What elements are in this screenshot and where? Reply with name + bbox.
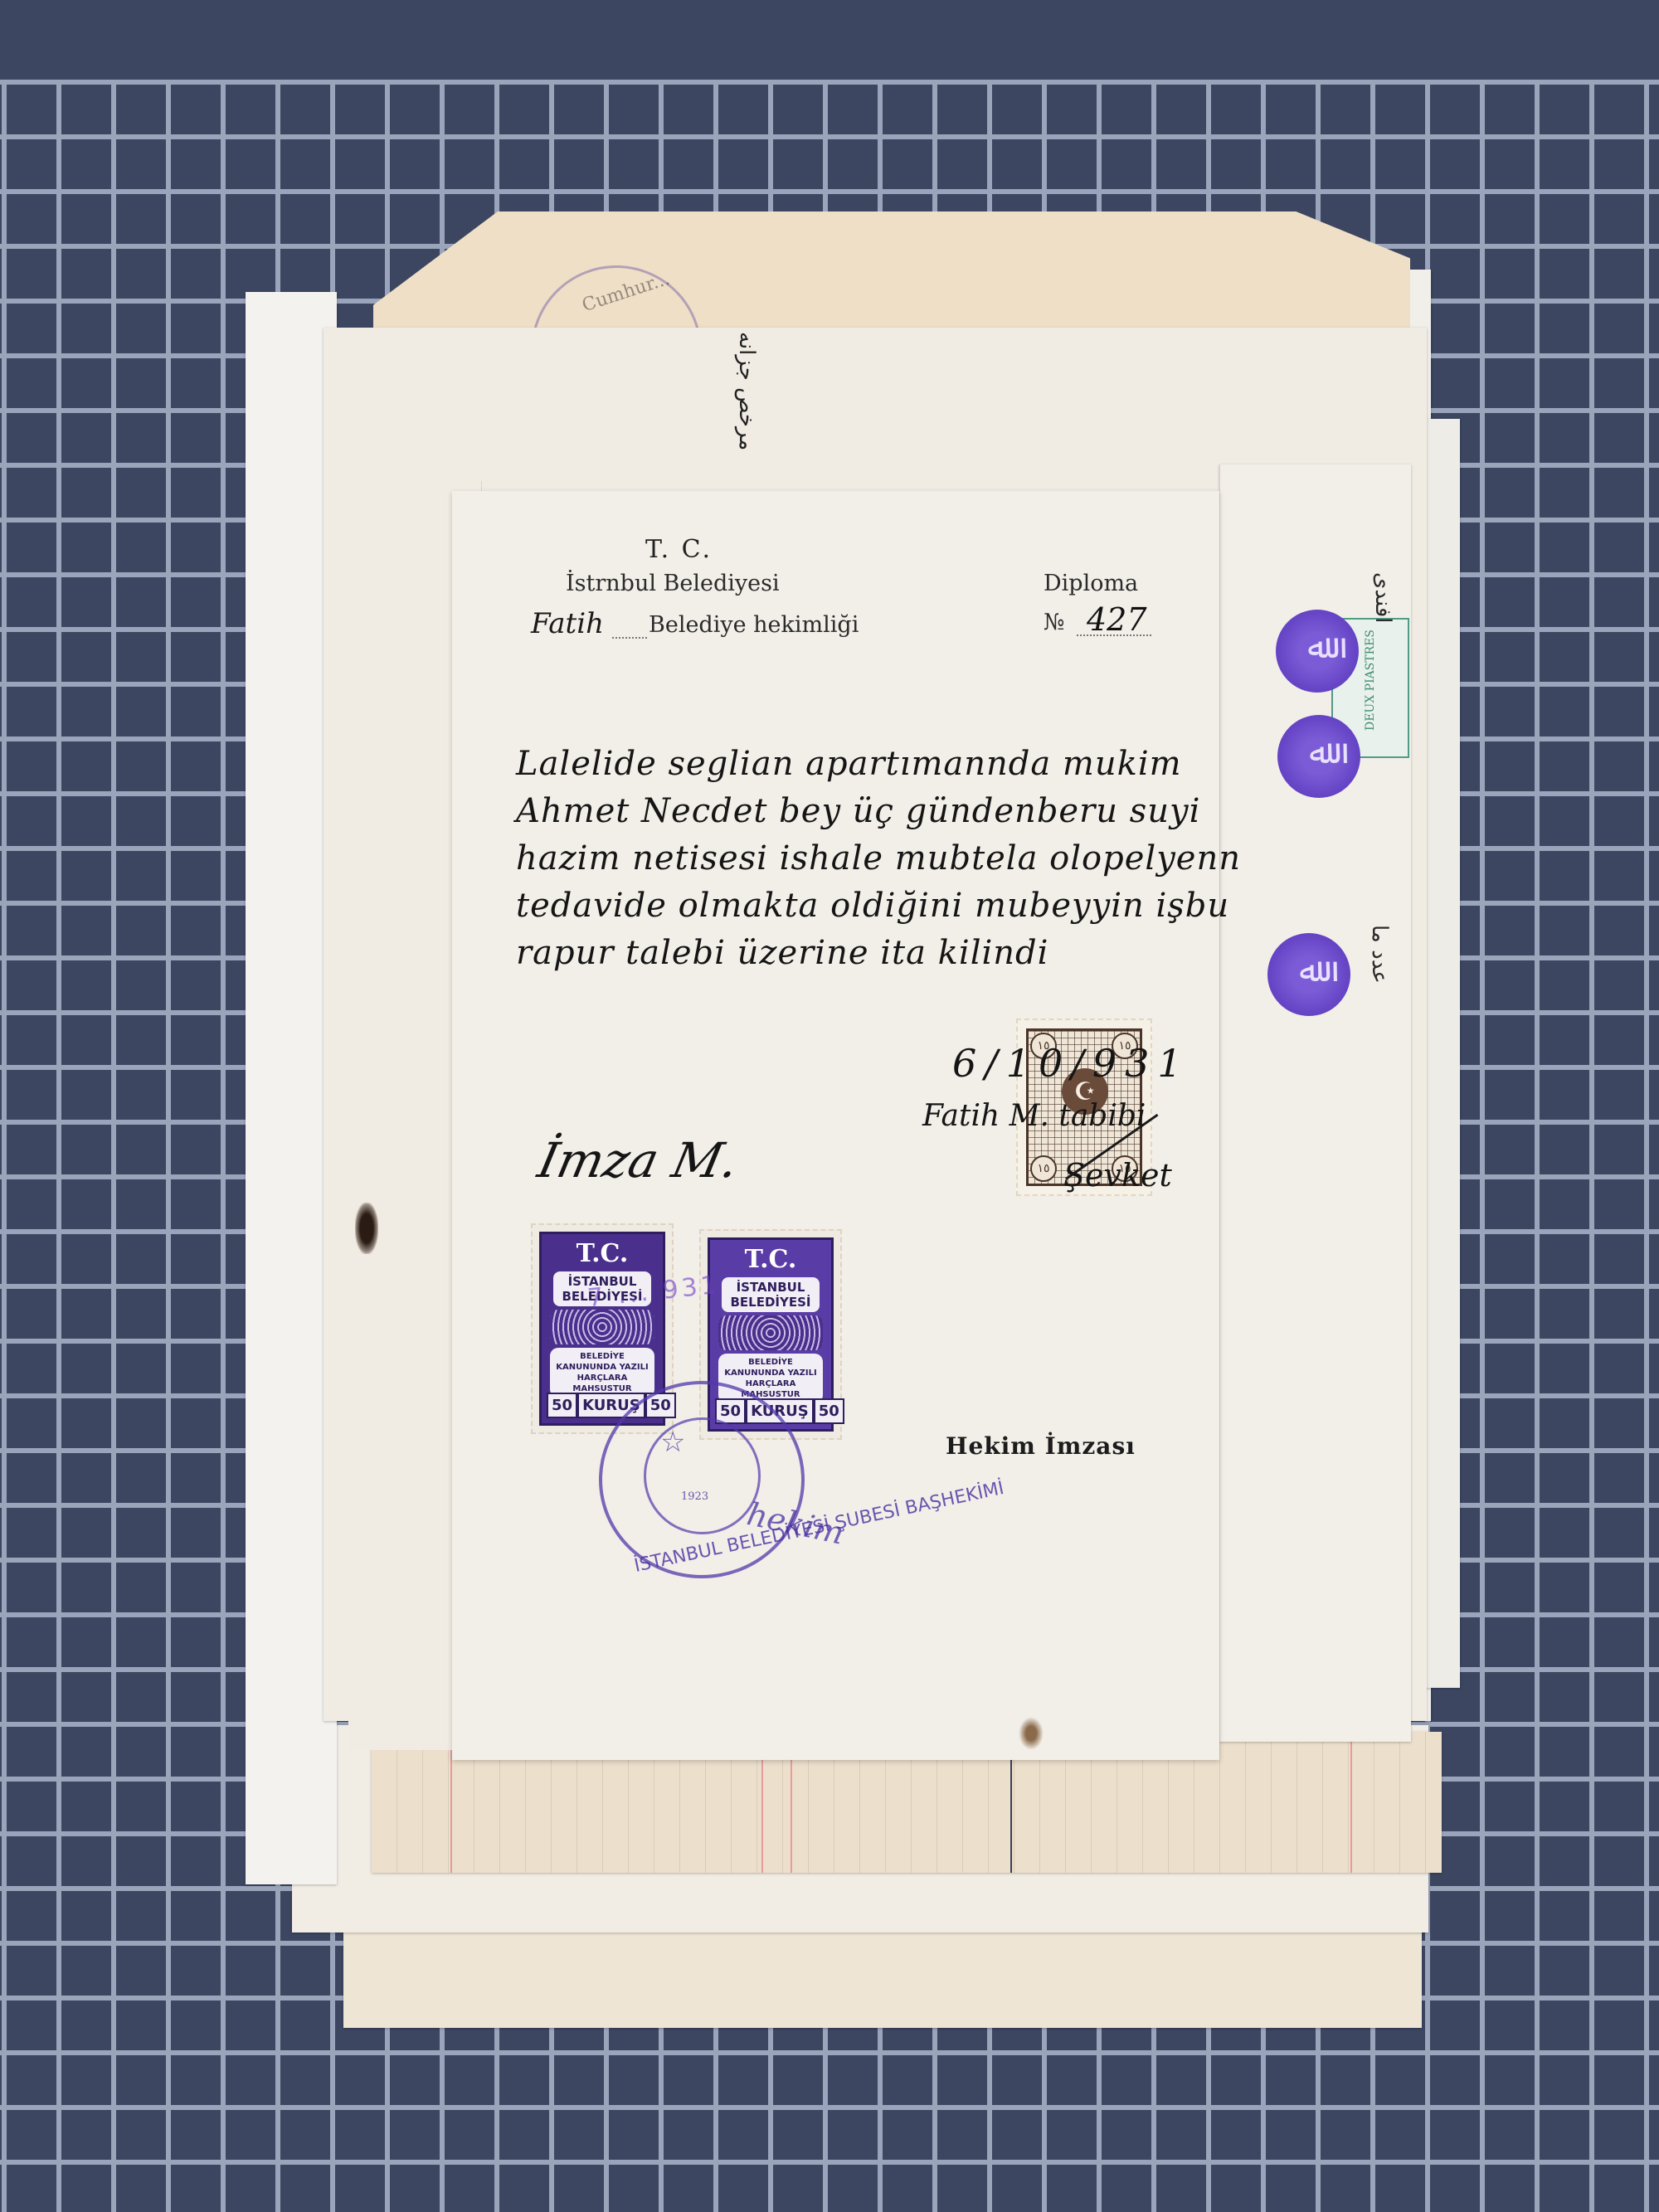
body-line: Ahmet Necdet bey üç gündenberu suyi bbox=[516, 792, 1229, 839]
stamp-ornament bbox=[718, 1315, 823, 1350]
ottoman-right-note: عدد ما bbox=[1367, 925, 1392, 984]
stamp-top: T.C. bbox=[710, 1245, 831, 1274]
ottoman-vertical-note: مرخص جزانه bbox=[734, 332, 759, 489]
stamp-value: 50 bbox=[814, 1398, 844, 1424]
stamp-top: T.C. bbox=[542, 1239, 663, 1268]
doctor-signature: Şevket bbox=[1063, 1157, 1172, 1194]
header-unit: Belediye hekimliği bbox=[649, 612, 859, 638]
header-municipality: İstrnbul Belediyesi bbox=[566, 571, 780, 596]
office-handwritten: Fatih M. tabibi bbox=[922, 1099, 1146, 1133]
date-handwritten: 6/10/931 bbox=[952, 1041, 1190, 1086]
header-republic: T. C. bbox=[645, 535, 713, 564]
fill-dots bbox=[612, 637, 647, 639]
body-line: tedavide olmakta oldiğini mubeyyin işbu bbox=[516, 887, 1229, 934]
stamp-value: 50 bbox=[547, 1393, 577, 1418]
purple-seal-icon bbox=[1276, 610, 1359, 693]
header-doc-type: Diploma bbox=[1044, 571, 1138, 596]
burn-hole bbox=[355, 1203, 378, 1254]
header-number-label: № bbox=[1044, 610, 1065, 635]
header-district-handwritten: Fatih bbox=[531, 607, 604, 640]
green-stamp-text: DEUX PIASTRES bbox=[1364, 626, 1377, 734]
body-line: rapur talebi üzerine ita kilindi bbox=[516, 934, 1229, 981]
signature-caption: Hekim İmzası bbox=[946, 1432, 1136, 1460]
municipal-round-seal: ☆ 1923 İSTANBUL BELEDİYESİ ŞUBESİ BAŞHEK… bbox=[599, 1381, 805, 1578]
body-line: hazim netisesi ishale mubtela olopelyenn bbox=[516, 839, 1229, 887]
seal-year: 1923 bbox=[681, 1490, 708, 1503]
purple-seal-icon bbox=[1267, 933, 1350, 1016]
stamp-inscription: BELEDİYE KANUNUNDA YAZILI HARÇLARA MAHSU… bbox=[550, 1348, 654, 1398]
ottoman-right-note: افندی bbox=[1370, 572, 1395, 624]
signature-left: İmza M. bbox=[533, 1132, 744, 1189]
handwritten-body: Lalelide seglian apartımannda mukim Ahme… bbox=[516, 745, 1229, 981]
ledger-red-rule bbox=[1350, 1732, 1352, 1873]
paper-stain bbox=[1019, 1717, 1044, 1750]
star-icon: ☆ bbox=[660, 1426, 685, 1459]
stamp-name: İSTANBUL BELEDİYESİ bbox=[722, 1277, 820, 1312]
stamp-value-corner: ١٥ bbox=[1030, 1155, 1057, 1182]
header-number-value: 427 bbox=[1087, 601, 1147, 638]
body-line: Lalelide seglian apartımannda mukim bbox=[516, 745, 1229, 792]
purple-seal-icon bbox=[1277, 715, 1360, 798]
stamp-ornament bbox=[550, 1310, 654, 1344]
